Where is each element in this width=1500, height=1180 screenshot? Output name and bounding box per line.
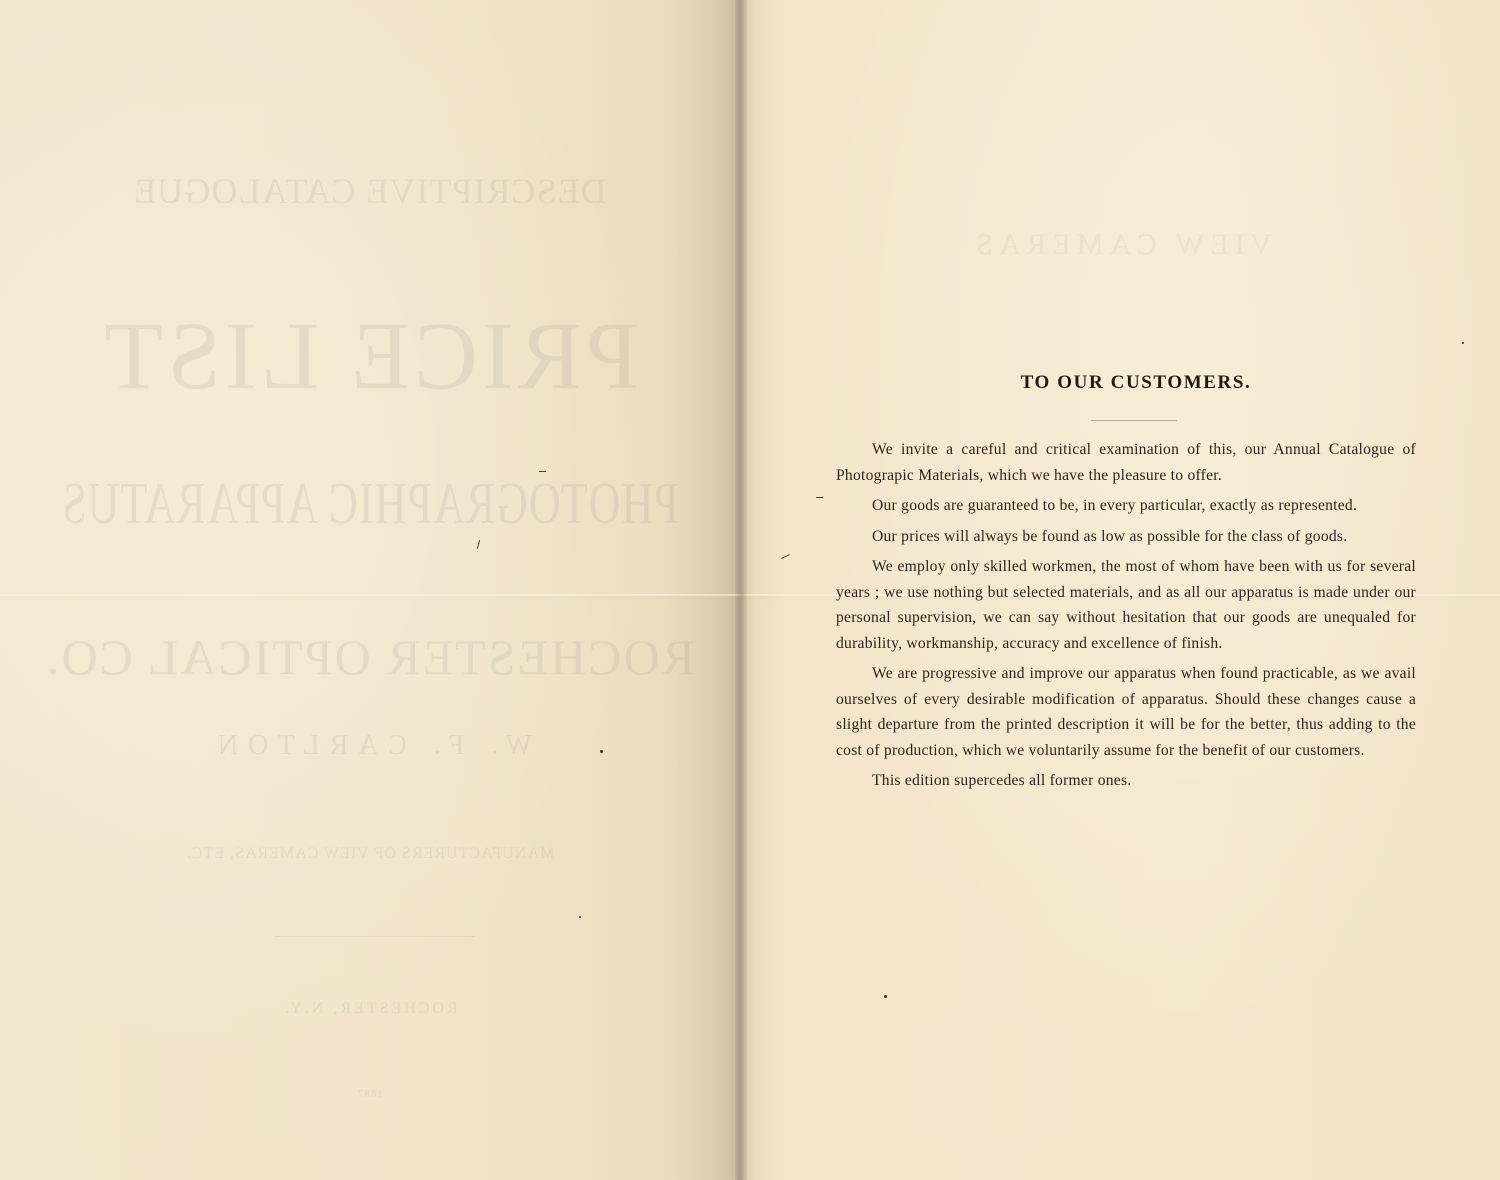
customers-notice: TO OUR CUSTOMERS. We invite a careful an…	[836, 372, 1416, 799]
paper-speck	[579, 916, 581, 918]
paper-mark	[781, 554, 790, 559]
paper-mark	[539, 471, 546, 472]
bleed-through-text: DESCRIPTIVE CATALOGUE	[0, 170, 740, 212]
paper-mark	[477, 540, 480, 549]
left-page: DESCRIPTIVE CATALOGUE PRICE LIST PHOTOGR…	[0, 0, 740, 1180]
notice-paragraph: We are progressive and improve our appar…	[836, 661, 1416, 763]
paper-fold-line	[0, 594, 740, 596]
notice-heading: TO OUR CUSTOMERS.	[836, 372, 1416, 394]
heading-rule	[1091, 420, 1177, 421]
book-spread: DESCRIPTIVE CATALOGUE PRICE LIST PHOTOGR…	[0, 0, 1500, 1180]
notice-paragraph: We invite a careful and critical examina…	[836, 437, 1416, 488]
bleed-through-text: ROCHESTER, N.Y.	[0, 1000, 740, 1018]
bleed-through-text: PHOTOGRAPHIC APPARATUS	[0, 469, 740, 538]
paper-speck	[600, 750, 603, 753]
notice-paragraph: We employ only skilled workmen, the most…	[836, 554, 1416, 656]
bleed-through-rule	[275, 936, 475, 937]
paper-mark	[816, 497, 823, 498]
bleed-through-text: VIEW CAMERAS	[970, 228, 1272, 262]
paper-speck	[884, 995, 887, 998]
notice-paragraph: Our goods are guaranteed to be, in every…	[836, 493, 1416, 519]
notice-paragraph: Our prices will always be found as low a…	[836, 524, 1416, 550]
bleed-through-text: ROCHESTER OPTICAL CO.	[0, 628, 740, 686]
bleed-through-text: PRICE LIST	[0, 300, 740, 411]
bleed-through-text: W. F. CARLTON	[0, 730, 740, 762]
paper-speck	[1462, 342, 1464, 344]
notice-paragraph: This edition supercedes all former ones.	[836, 768, 1416, 794]
bleed-through-text: MANUFACTURERS OF VIEW CAMERAS, ETC.	[0, 845, 740, 863]
bleed-through-text: 1887	[0, 1088, 740, 1100]
